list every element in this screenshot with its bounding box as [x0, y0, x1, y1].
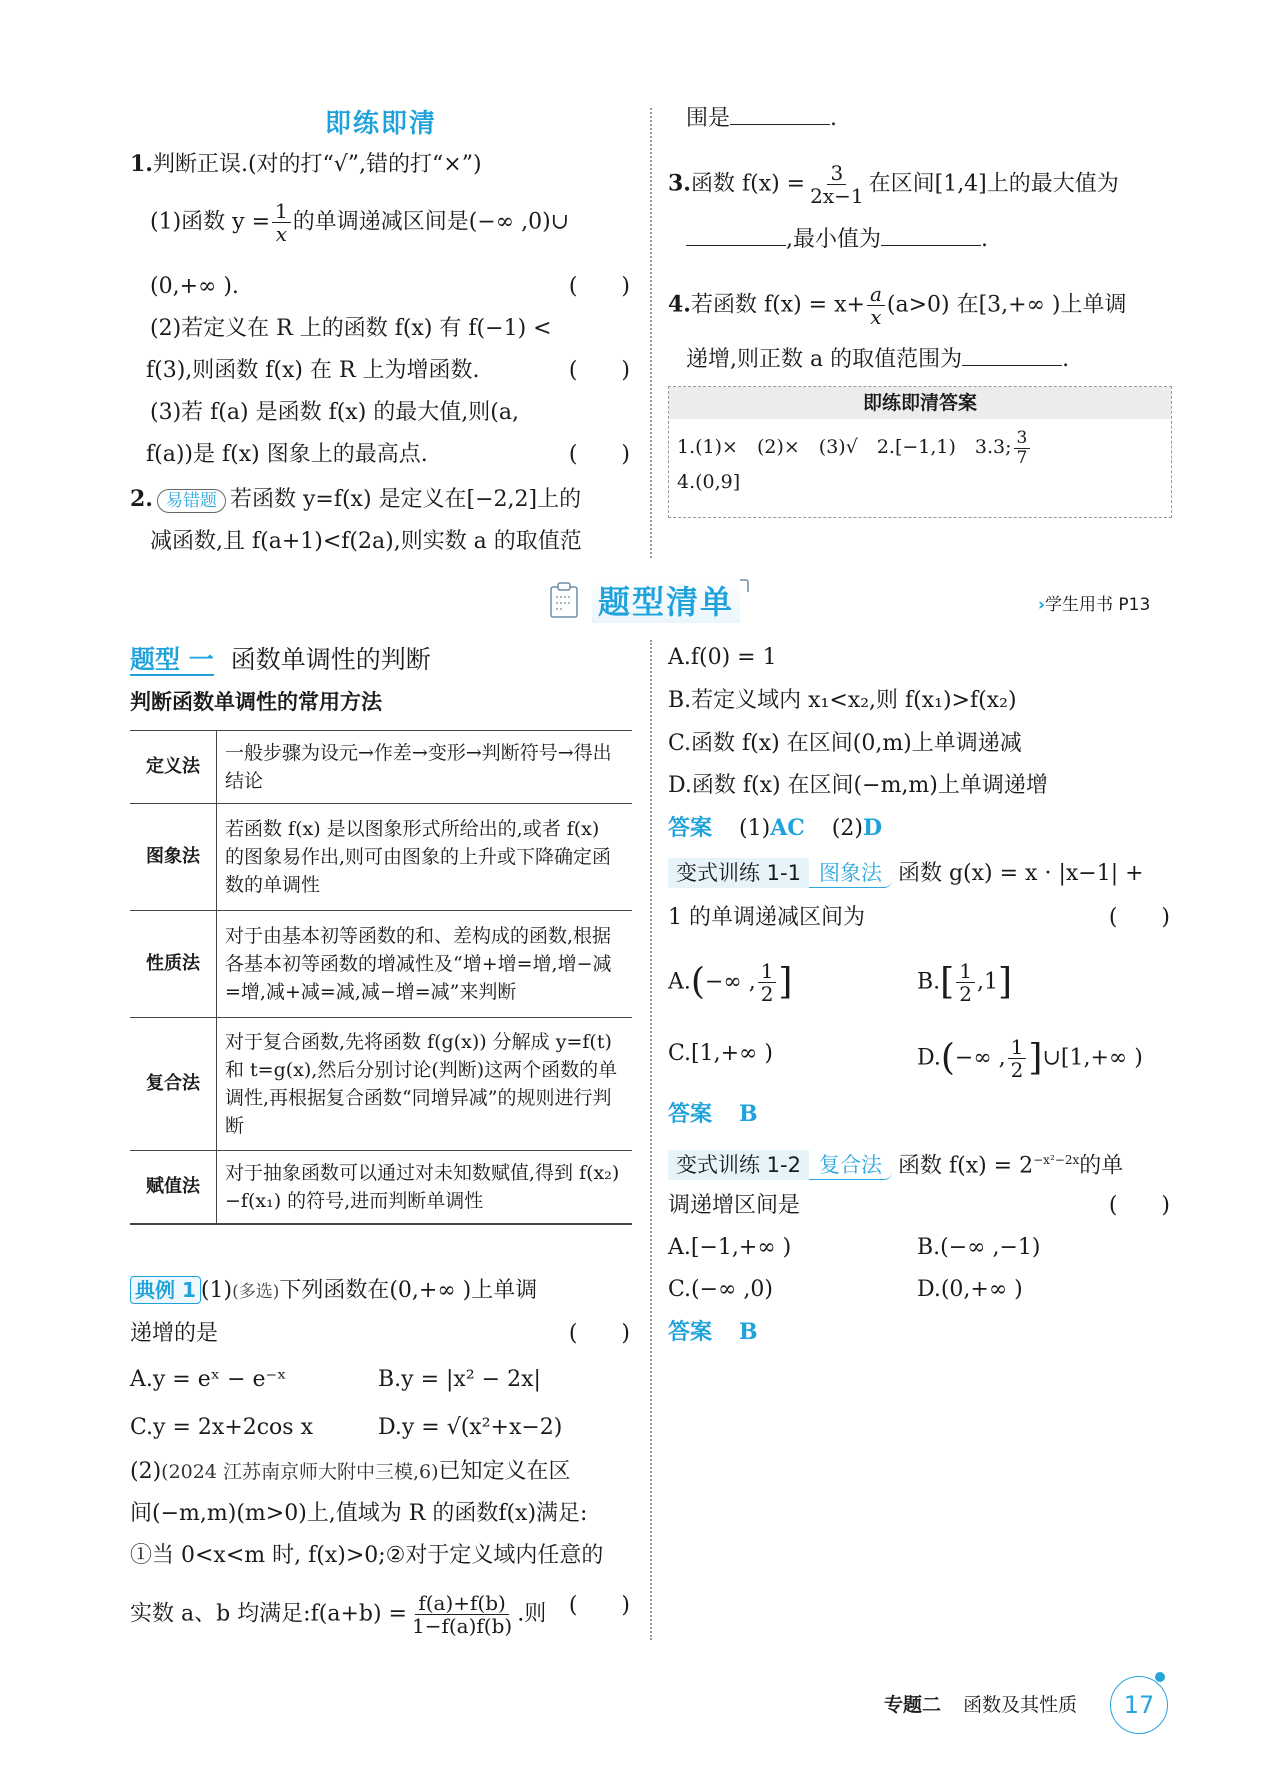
answer-label: 答案	[668, 1320, 712, 1345]
answer-paren[interactable]: ( )	[569, 1320, 630, 1348]
method-name: 赋值法	[130, 1151, 217, 1225]
answer-blank-min[interactable]	[881, 225, 981, 246]
q4-pre: 若函数 f(x) = x+	[691, 293, 865, 318]
q2-line3: 围是.	[686, 104, 837, 133]
variant1-text: 函数 g(x) = x · |x−1| +	[898, 861, 1144, 886]
multi-select-tag: (多选)	[232, 1282, 279, 1302]
footer-chapter: 专题二 函数及其性质	[884, 1690, 1077, 1717]
q4-cont: 递增,则正数 a 的取值范围为	[686, 347, 962, 372]
answer-paren[interactable]: ( )	[569, 273, 630, 301]
answer-label: 答案	[668, 1102, 712, 1127]
q2-line1: 2.易错题若函数 y=f(x) 是定义在[−2,2]上的	[130, 485, 581, 514]
option-text: −∞ ,	[955, 1046, 1006, 1071]
q2-line2: 减函数,且 f(a+1)<f(2a),则实数 a 的取值范	[150, 528, 582, 556]
method-desc: 对于由基本初等函数的和、差构成的函数,根据各基本初等函数的增减性及“增+增=增,…	[217, 911, 633, 1018]
frac-den: 2	[758, 983, 777, 1005]
table-row: 图象法若函数 f(x) 是以图象形式所给出的,或者 f(x) 的图象易作出,则可…	[130, 804, 632, 911]
option-b[interactable]: B.y = |x² − 2x|	[378, 1366, 541, 1394]
example1-answer: 答案 (1)AC (2)D	[668, 814, 882, 843]
fraction: 12	[758, 960, 777, 1005]
chevron-right-icon: ›	[1038, 595, 1045, 615]
type1-label: 题型 一	[130, 645, 214, 676]
q3-mid: ,最小值为	[786, 227, 881, 252]
example1-part2-line3: ①当 0<x<m 时, f(x)>0;②对于定义域内任意的	[130, 1542, 603, 1570]
q1-item3-line2: f(a))是 f(x) 图象上的最高点. ( )	[146, 441, 630, 469]
footer-topic: 专题二	[884, 1694, 941, 1716]
option-letter: D.	[917, 1046, 941, 1071]
method-name: 复合法	[130, 1018, 217, 1151]
variant2-cont: 调递增区间是	[668, 1193, 800, 1218]
q1-item2-cont: f(3),则函数 f(x) 在 R 上为增函数.	[146, 358, 480, 383]
part2-pre: 实数 a、b 均满足:f(a+b) =	[130, 1602, 407, 1627]
error-prone-badge: 易错题	[157, 489, 226, 513]
q1-item1-pre: (1)函数 y =	[150, 210, 270, 235]
q2-cont: 围是	[686, 106, 730, 131]
method-name: 性质法	[130, 911, 217, 1018]
option-c[interactable]: C.(−∞ ,0)	[668, 1276, 773, 1304]
q3-number: 3.	[668, 171, 691, 197]
open-bracket: [	[940, 962, 954, 1003]
variant-badge: 变式训练 1-2	[668, 1150, 809, 1180]
part2-text: 已知定义在区	[439, 1459, 571, 1484]
answer-value: B	[739, 1101, 758, 1127]
option-d[interactable]: D.(0,+∞ )	[917, 1276, 1023, 1304]
variant2-answer: 答案 B	[668, 1318, 758, 1347]
answer-label: 答案	[668, 816, 712, 841]
type1-title: 函数单调性的判断	[231, 645, 431, 674]
option-letter: A.	[668, 970, 691, 995]
q4-number: 4.	[668, 292, 691, 318]
column-divider-bottom	[650, 640, 652, 1640]
table-row: 复合法对于复合函数,先将函数 f(g(x)) 分解成 y=f(t) 和 t=g(…	[130, 1018, 632, 1151]
q1-number: 1.	[130, 151, 153, 177]
q3-line2: ,最小值为.	[686, 225, 988, 254]
q2-text: 若函数 y=f(x) 是定义在[−2,2]上的	[230, 487, 581, 512]
fraction: f(a)+f(b)1−f(a)f(b)	[409, 1592, 515, 1637]
practice-answer-box: 即练即清答案 1.(1)× (2)× (3)√ 2.[−1,1) 3.3;37 …	[668, 386, 1172, 518]
fraction: 1x	[272, 200, 291, 245]
section-title: 题型清单	[592, 577, 740, 623]
q1-item2-line1: (2)若定义在 R 上的函数 f(x) 有 f(−1) <	[150, 315, 552, 343]
open-paren: (	[941, 1038, 955, 1079]
option-d[interactable]: D.函数 f(x) 在区间(−m,m)上单调递增	[668, 772, 1048, 800]
book-ref-text: 学生用书 P13	[1045, 595, 1150, 615]
method-desc: 若函数 f(x) 是以图象形式所给出的,或者 f(x) 的图象易作出,则可由图象…	[217, 804, 633, 911]
q4-line1: 4.若函数 f(x) = x+ax(a>0) 在[3,+∞ )上单调	[668, 283, 1127, 328]
frac-num: 3	[1014, 429, 1031, 449]
source-citation: (2024 江苏南京师大附中三模,6)	[161, 1461, 438, 1483]
period: .	[830, 106, 837, 131]
q1-stem: 1.判断正误.(对的打“√”,错的打“×”)	[130, 150, 482, 179]
option-a[interactable]: A.y = eˣ − e⁻ˣ	[130, 1366, 286, 1394]
answer-paren[interactable]: ( )	[1109, 904, 1170, 932]
method-tag: 图象法	[809, 859, 892, 888]
answer-value: B	[739, 1319, 758, 1345]
q3-post: 在区间[1,4]上的最大值为	[869, 172, 1119, 197]
method-name: 图象法	[130, 804, 217, 911]
variant2-line2: 调递增区间是 ( )	[668, 1192, 1170, 1220]
corner-bracket-icon	[740, 578, 750, 608]
fraction: 32x−1	[807, 162, 867, 207]
answer-paren[interactable]: ( )	[569, 441, 630, 469]
variant2-line1: 变式训练 1-2复合法函数 f(x) = 2−x²−2x的单	[668, 1146, 1123, 1180]
table-row: 定义法一般步骤为设元→作差→变形→判断符号→得出结论	[130, 731, 632, 804]
example1-part2-line2: 间(−m,m)(m>0)上,值域为 R 的函数f(x)满足:	[130, 1500, 587, 1528]
methods-table: 定义法一般步骤为设元→作差→变形→判断符号→得出结论 图象法若函数 f(x) 是…	[130, 730, 632, 1225]
close-bracket: ]	[778, 962, 792, 1003]
fraction: 12	[1008, 1036, 1027, 1081]
variant2-pre: 函数 f(x) = 2	[898, 1153, 1033, 1178]
variant1-line2: 1 的单调递减区间为 ( )	[668, 904, 1170, 932]
frac-num: 3	[827, 162, 846, 185]
close-bracket: ]	[998, 962, 1012, 1003]
fraction: 37	[1014, 429, 1031, 467]
answers-text: 1.(1)× (2)× (3)√ 2.[−1,1) 3.3;	[677, 436, 1012, 458]
option-c[interactable]: C.y = 2x+2cos x	[130, 1414, 313, 1442]
q1-text: 判断正误.(对的打“√”,错的打“×”)	[153, 152, 482, 177]
q1-item1-post: 的单调递减区间是(−∞ ,0)∪	[293, 210, 569, 235]
option-text-tail: ∪[1,+∞ )	[1042, 1046, 1142, 1071]
frac-num: f(a)+f(b)	[415, 1592, 509, 1615]
variant1-line1: 变式训练 1-1图象法函数 g(x) = x · |x−1| +	[668, 858, 1144, 888]
q1-item1-line2: (0,+∞ ). ( )	[150, 273, 630, 301]
option-c[interactable]: C.[1,+∞ )	[668, 1040, 773, 1068]
answer-line1: 1.(1)× (2)× (3)√ 2.[−1,1) 3.3;37	[669, 419, 1171, 467]
option-a[interactable]: A.[−1,+∞ )	[668, 1234, 791, 1262]
period: .	[1062, 347, 1069, 372]
method-name: 定义法	[130, 731, 217, 804]
table-row: 赋值法对于抽象函数可以通过对未知数赋值,得到 f(x₂)−f(x₁) 的符号,进…	[130, 1151, 632, 1225]
example1-line2: 递增的是 ( )	[130, 1320, 630, 1348]
variant1-cont: 1 的单调递减区间为	[668, 905, 865, 930]
period: .	[981, 227, 988, 252]
method-desc: 对于复合函数,先将函数 f(g(x)) 分解成 y=f(t) 和 t=g(x),…	[217, 1018, 633, 1151]
variant1-answer: 答案 B	[668, 1100, 758, 1129]
answer-blank-max[interactable]	[686, 225, 786, 246]
book-reference[interactable]: ›学生用书 P13	[1038, 590, 1150, 615]
example1-line1: 典例 1(1)(多选)下列函数在(0,+∞ )上单调	[130, 1276, 537, 1306]
frac-den: 1−f(a)f(b)	[409, 1615, 515, 1637]
option-d[interactable]: D.(−∞ ,12]∪[1,+∞ )	[917, 1036, 1143, 1081]
example1-cont: 递增的是	[130, 1321, 218, 1346]
fraction: 12	[956, 960, 975, 1005]
footer-subject: 函数及其性质	[963, 1694, 1077, 1716]
method-desc: 一般步骤为设元→作差→变形→判断符号→得出结论	[217, 731, 633, 804]
frac-den: x	[867, 306, 884, 328]
type1-heading: 题型 一 函数单调性的判断	[130, 640, 431, 676]
q1-item3-cont: f(a))是 f(x) 图象上的最高点.	[146, 442, 428, 467]
part-number: (2)	[130, 1459, 161, 1484]
option-b[interactable]: B.若定义域内 x₁<x₂,则 f(x₁)>f(x₂)	[668, 687, 1017, 715]
option-b[interactable]: B.(−∞ ,−1)	[917, 1234, 1041, 1262]
option-d[interactable]: D.y = √(x²+x−2)	[378, 1414, 562, 1442]
answer-box-title: 即练即清答案	[669, 387, 1171, 419]
option-letter: B.	[917, 970, 940, 995]
fraction: ax	[867, 283, 885, 328]
answer-part2: (2)	[832, 816, 863, 841]
q1-item3-line1: (3)若 f(a) 是函数 f(x) 的最大值,则(a,	[150, 399, 519, 427]
example1-part2-line1: (2)(2024 江苏南京师大附中三模,6)已知定义在区	[130, 1458, 571, 1486]
variant-badge: 变式训练 1-1	[668, 858, 809, 888]
answer-line2: 4.(0,9]	[669, 467, 1171, 497]
example1-part2-line4: 实数 a、b 均满足:f(a+b) =f(a)+f(b)1−f(a)f(b).则…	[130, 1592, 630, 1637]
part-number: (1)	[201, 1278, 232, 1303]
q1-item1-cont: (0,+∞ ).	[150, 274, 239, 299]
option-text: ,1	[977, 970, 998, 995]
frac-num: 1	[272, 200, 291, 223]
q3-line1: 3.函数 f(x) =32x−1在区间[1,4]上的最大值为	[668, 162, 1119, 207]
answer-value1: AC	[770, 815, 805, 841]
answer-paren[interactable]: ( )	[569, 357, 630, 385]
option-c[interactable]: C.函数 f(x) 在区间(0,m)上单调递减	[668, 730, 1022, 758]
q4-line2: 递增,则正数 a 的取值范围为.	[686, 345, 1069, 374]
practice-title: 即练即清	[325, 103, 437, 140]
exponent: −x²−2x	[1033, 1153, 1079, 1167]
clipboard-icon	[548, 581, 582, 619]
frac-num: 1	[956, 960, 975, 983]
part2-post: .则	[517, 1602, 546, 1627]
q1-item2-line2: f(3),则函数 f(x) 在 R 上为增函数. ( )	[146, 357, 630, 385]
q3-pre: 函数 f(x) =	[691, 172, 805, 197]
section-header: 题型清单	[548, 578, 750, 622]
option-b[interactable]: B.[12,1]	[917, 960, 1012, 1005]
answer-value2: D	[863, 815, 882, 841]
method-tag: 复合法	[809, 1151, 892, 1180]
frac-num: 1	[1008, 1036, 1027, 1059]
q2-number: 2.	[130, 486, 153, 512]
frac-den: x	[273, 223, 290, 245]
q4-post: (a>0) 在[3,+∞ )上单调	[887, 293, 1127, 318]
answer-part1: (1)	[739, 816, 770, 841]
frac-num: 1	[758, 960, 777, 983]
open-paren: (	[691, 962, 705, 1003]
example-badge: 典例 1	[130, 1276, 201, 1304]
close-bracket: ]	[1028, 1038, 1042, 1079]
answer-blank[interactable]	[730, 104, 830, 125]
method-desc: 对于抽象函数可以通过对未知数赋值,得到 f(x₂)−f(x₁) 的符号,进而判断…	[217, 1151, 633, 1225]
answer-paren[interactable]: ( )	[569, 1592, 630, 1620]
answer-blank[interactable]	[962, 345, 1062, 366]
page-number: 17	[1110, 1676, 1168, 1734]
frac-num: a	[867, 283, 885, 306]
answer-paren[interactable]: ( )	[1109, 1192, 1170, 1220]
example1-text: 下列函数在(0,+∞ )上单调	[279, 1278, 537, 1303]
column-divider-top	[650, 108, 652, 558]
q1-item1: (1)函数 y =1x的单调递减区间是(−∞ ,0)∪	[150, 200, 569, 245]
frac-den: 2x−1	[807, 185, 867, 207]
table-row: 性质法对于由基本初等函数的和、差构成的函数,根据各基本初等函数的增减性及“增+增…	[130, 911, 632, 1018]
page-dot-decoration	[1155, 1672, 1165, 1682]
frac-den: 2	[1008, 1059, 1027, 1081]
option-a[interactable]: A.(−∞ ,12]	[668, 960, 792, 1005]
option-text: −∞ ,	[705, 970, 756, 995]
frac-den: 7	[1014, 449, 1031, 468]
option-a[interactable]: A.f(0) = 1	[668, 644, 777, 672]
variant2-post: 的单	[1079, 1153, 1123, 1178]
type1-subtitle: 判断函数单调性的常用方法	[130, 686, 382, 716]
frac-den: 2	[956, 983, 975, 1005]
